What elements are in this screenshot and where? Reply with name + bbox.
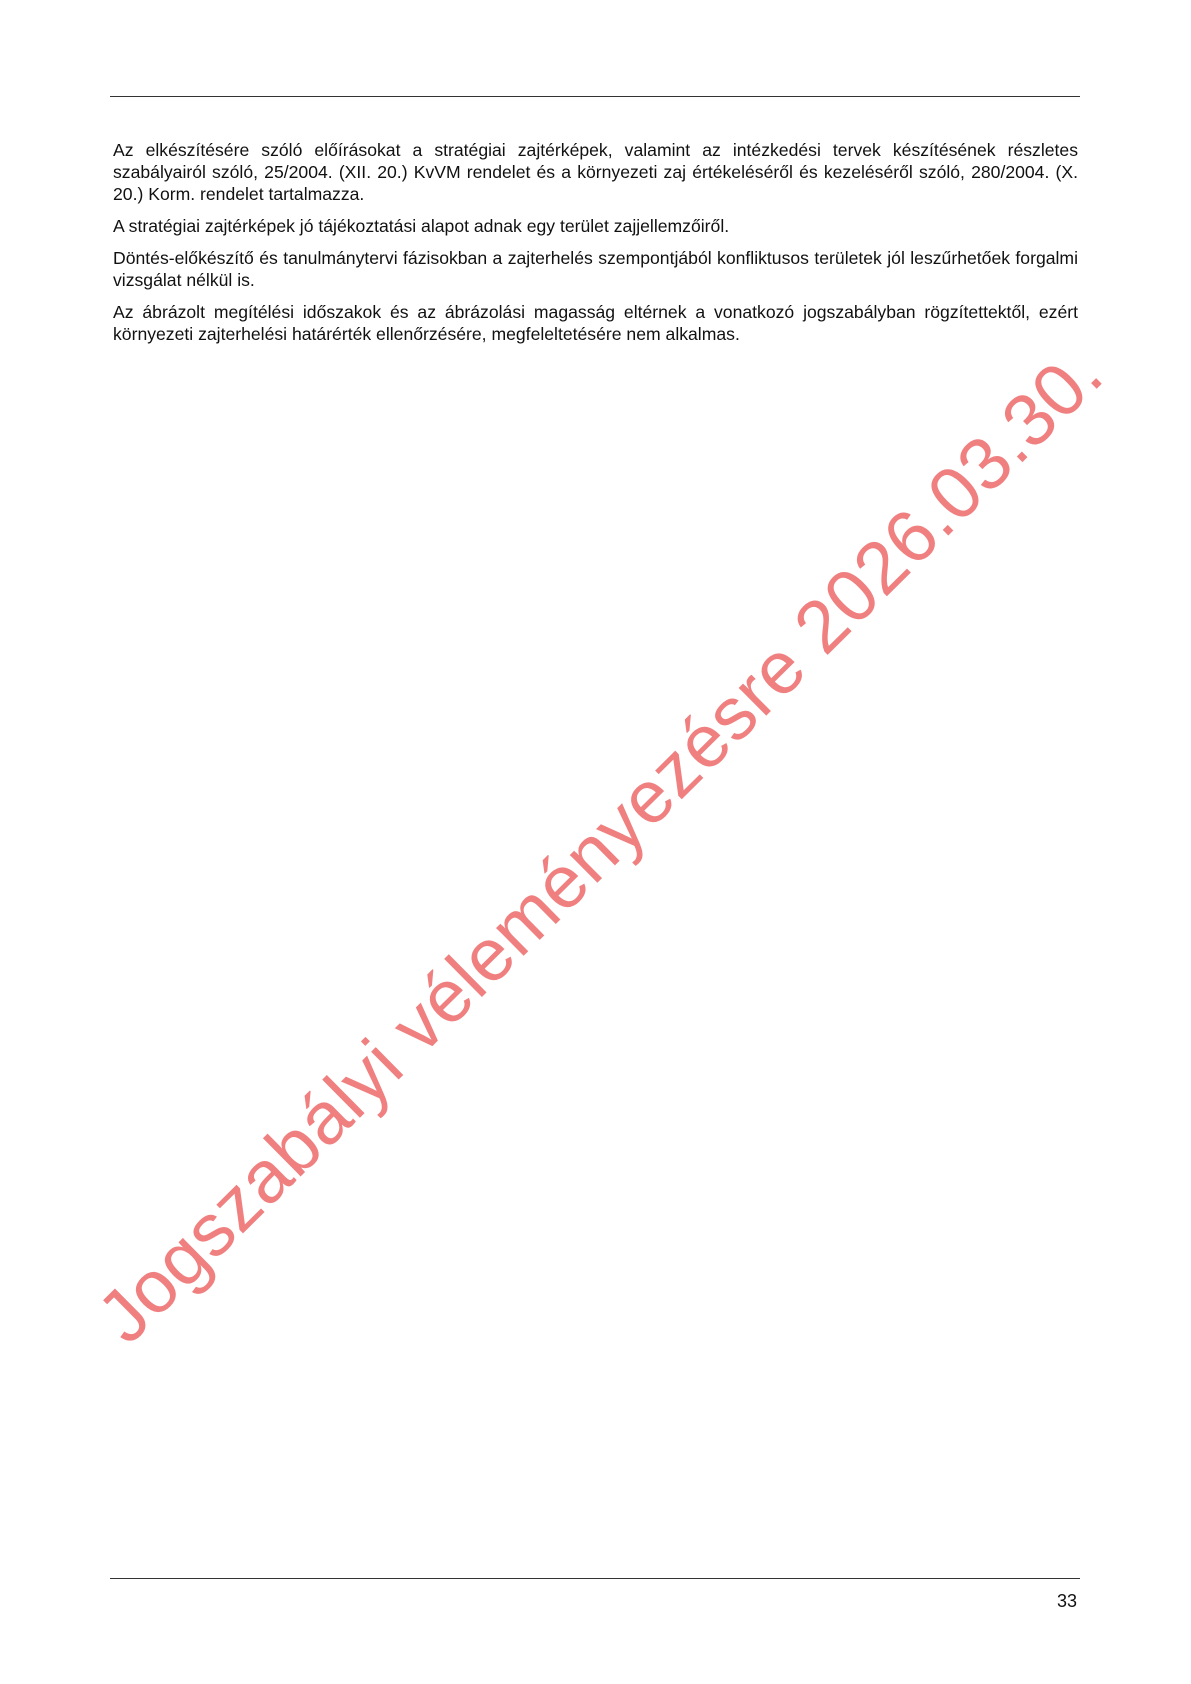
page-body: Az elkészítésére szóló előírásokat a str… bbox=[113, 139, 1078, 355]
paragraph-limitations: Az ábrázolt megítélési időszakok és az á… bbox=[113, 301, 1078, 345]
paragraph-noise-map-info: A stratégiai zajtérképek jó tájékoztatás… bbox=[113, 215, 1078, 237]
header-rule bbox=[110, 96, 1080, 97]
paragraph-conflict-areas: Döntés-előkészítő és tanulmánytervi fázi… bbox=[113, 247, 1078, 291]
paragraph-regulations: Az elkészítésére szóló előírásokat a str… bbox=[113, 139, 1078, 205]
page-number: 33 bbox=[1057, 1590, 1077, 1612]
review-watermark: Jogszabályi véleményezésre 2026.03.30. bbox=[85, 335, 1115, 1356]
footer-rule bbox=[110, 1578, 1080, 1579]
